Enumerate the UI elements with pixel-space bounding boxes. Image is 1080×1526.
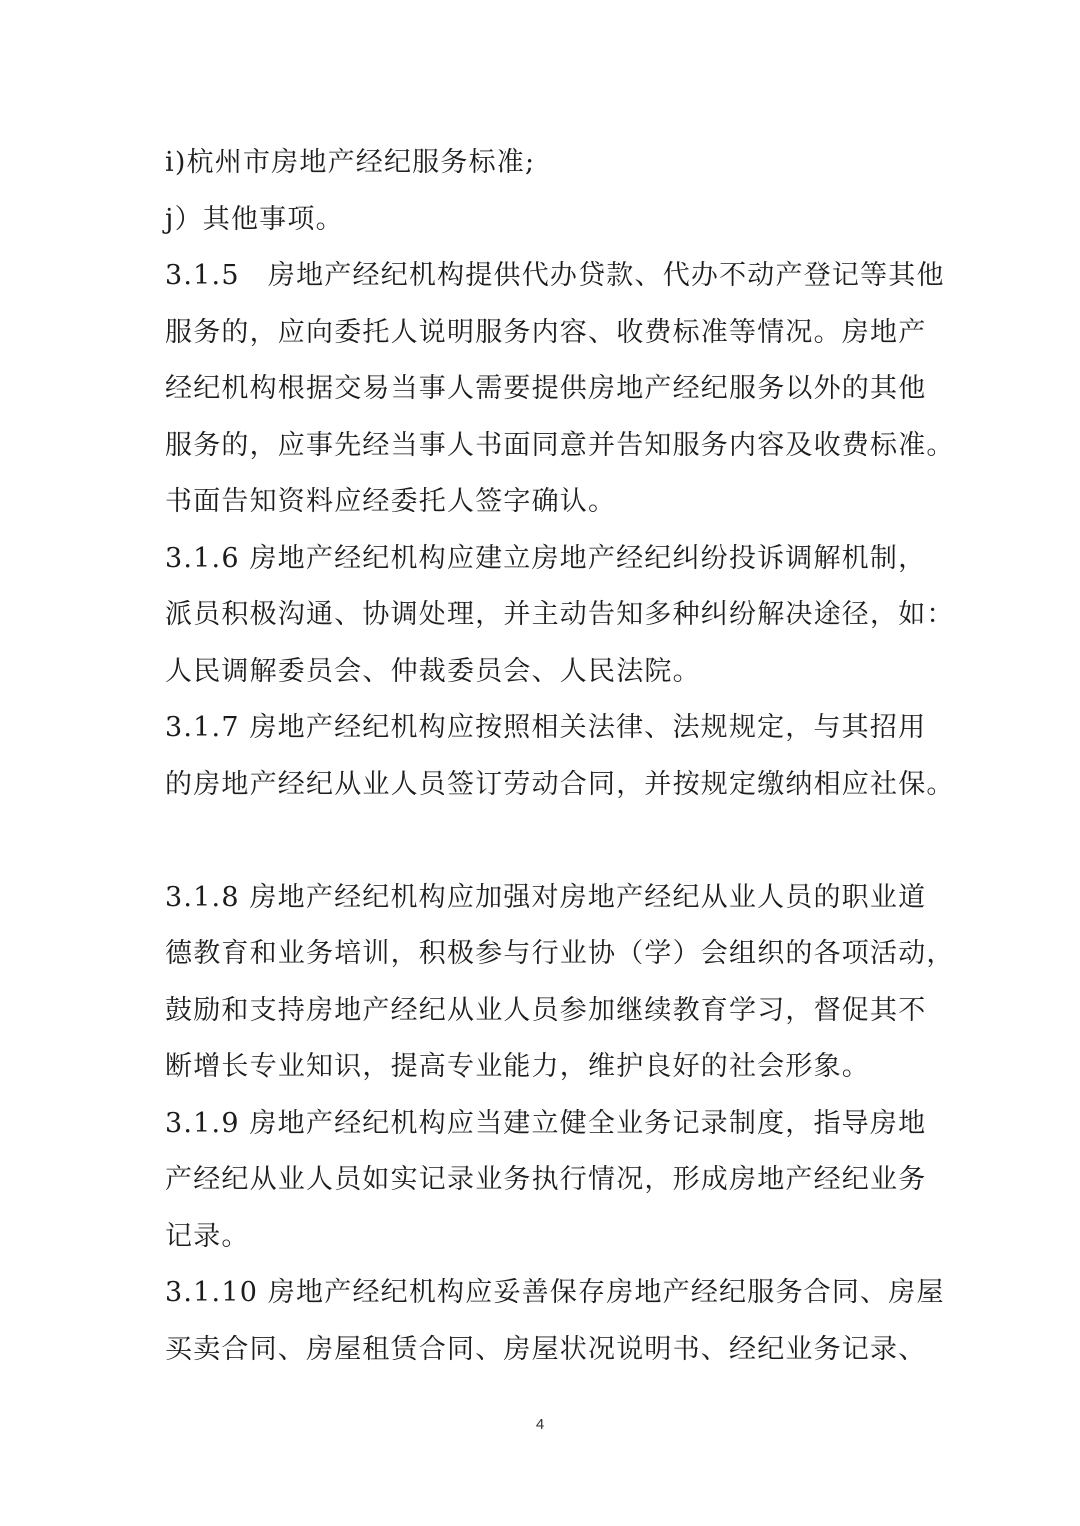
clause-3-1-9-line-1: 3.1.9 房地产经纪机构应当建立健全业务记录制度，指导房地 bbox=[165, 1107, 926, 1141]
clause-3-1-8-line-1: 3.1.8 房地产经纪机构应加强对房地产经纪从业人员的职业道 bbox=[165, 881, 926, 915]
list-item-j: j）其他事项。 bbox=[165, 203, 344, 237]
clause-3-1-8-line-2: 德教育和业务培训，积极参与行业协（学）会组织的各项活动， bbox=[165, 937, 955, 971]
clause-3-1-6-line-3: 人民调解委员会、仲裁委员会、人民法院。 bbox=[165, 655, 701, 689]
list-item-i: i)杭州市房地产经纪服务标准; bbox=[165, 146, 535, 180]
page-number: 4 bbox=[0, 1416, 1080, 1433]
clause-3-1-10-line-2: 买卖合同、房屋租赁合同、房屋状况说明书、经纪业务记录、 bbox=[165, 1333, 926, 1367]
clause-3-1-5-line-1: 3.1.5 房地产经纪机构提供代办贷款、代办不动产登记等其他 bbox=[165, 259, 945, 293]
clause-3-1-7-line-2: 的房地产经纪从业人员签订劳动合同，并按规定缴纳相应社保。 bbox=[165, 768, 955, 802]
clause-3-1-8-line-3: 鼓励和支持房地产经纪从业人员参加继续教育学习，督促其不 bbox=[165, 994, 926, 1028]
clause-3-1-6-line-2: 派员积极沟通、协调处理，并主动告知多种纠纷解决途径，如： bbox=[165, 598, 955, 632]
clause-3-1-5-line-2: 服务的，应向委托人说明服务内容、收费标准等情况。房地产 bbox=[165, 316, 926, 350]
clause-3-1-10-line-1: 3.1.10 房地产经纪机构应妥善保存房地产经纪服务合同、房屋 bbox=[165, 1276, 945, 1310]
clause-3-1-5-line-3: 经纪机构根据交易当事人需要提供房地产经纪服务以外的其他 bbox=[165, 372, 926, 406]
clause-3-1-8-line-4: 断增长专业知识，提高专业能力，维护良好的社会形象。 bbox=[165, 1050, 870, 1084]
clause-3-1-5-line-5: 书面告知资料应经委托人签字确认。 bbox=[165, 485, 616, 519]
clause-3-1-6-line-1: 3.1.6 房地产经纪机构应建立房地产经纪纠纷投诉调解机制， bbox=[165, 542, 926, 576]
clause-3-1-5-line-4: 服务的，应事先经当事人书面同意并告知服务内容及收费标准。 bbox=[165, 429, 955, 463]
clause-3-1-7-line-1: 3.1.7 房地产经纪机构应按照相关法律、法规规定，与其招用 bbox=[165, 711, 926, 745]
clause-3-1-9-line-2: 产经纪从业人员如实记录业务执行情况，形成房地产经纪业务 bbox=[165, 1163, 926, 1197]
document-page: i)杭州市房地产经纪服务标准; j）其他事项。 3.1.5 房地产经纪机构提供代… bbox=[0, 0, 1080, 1526]
clause-3-1-9-line-3: 记录。 bbox=[165, 1220, 250, 1254]
